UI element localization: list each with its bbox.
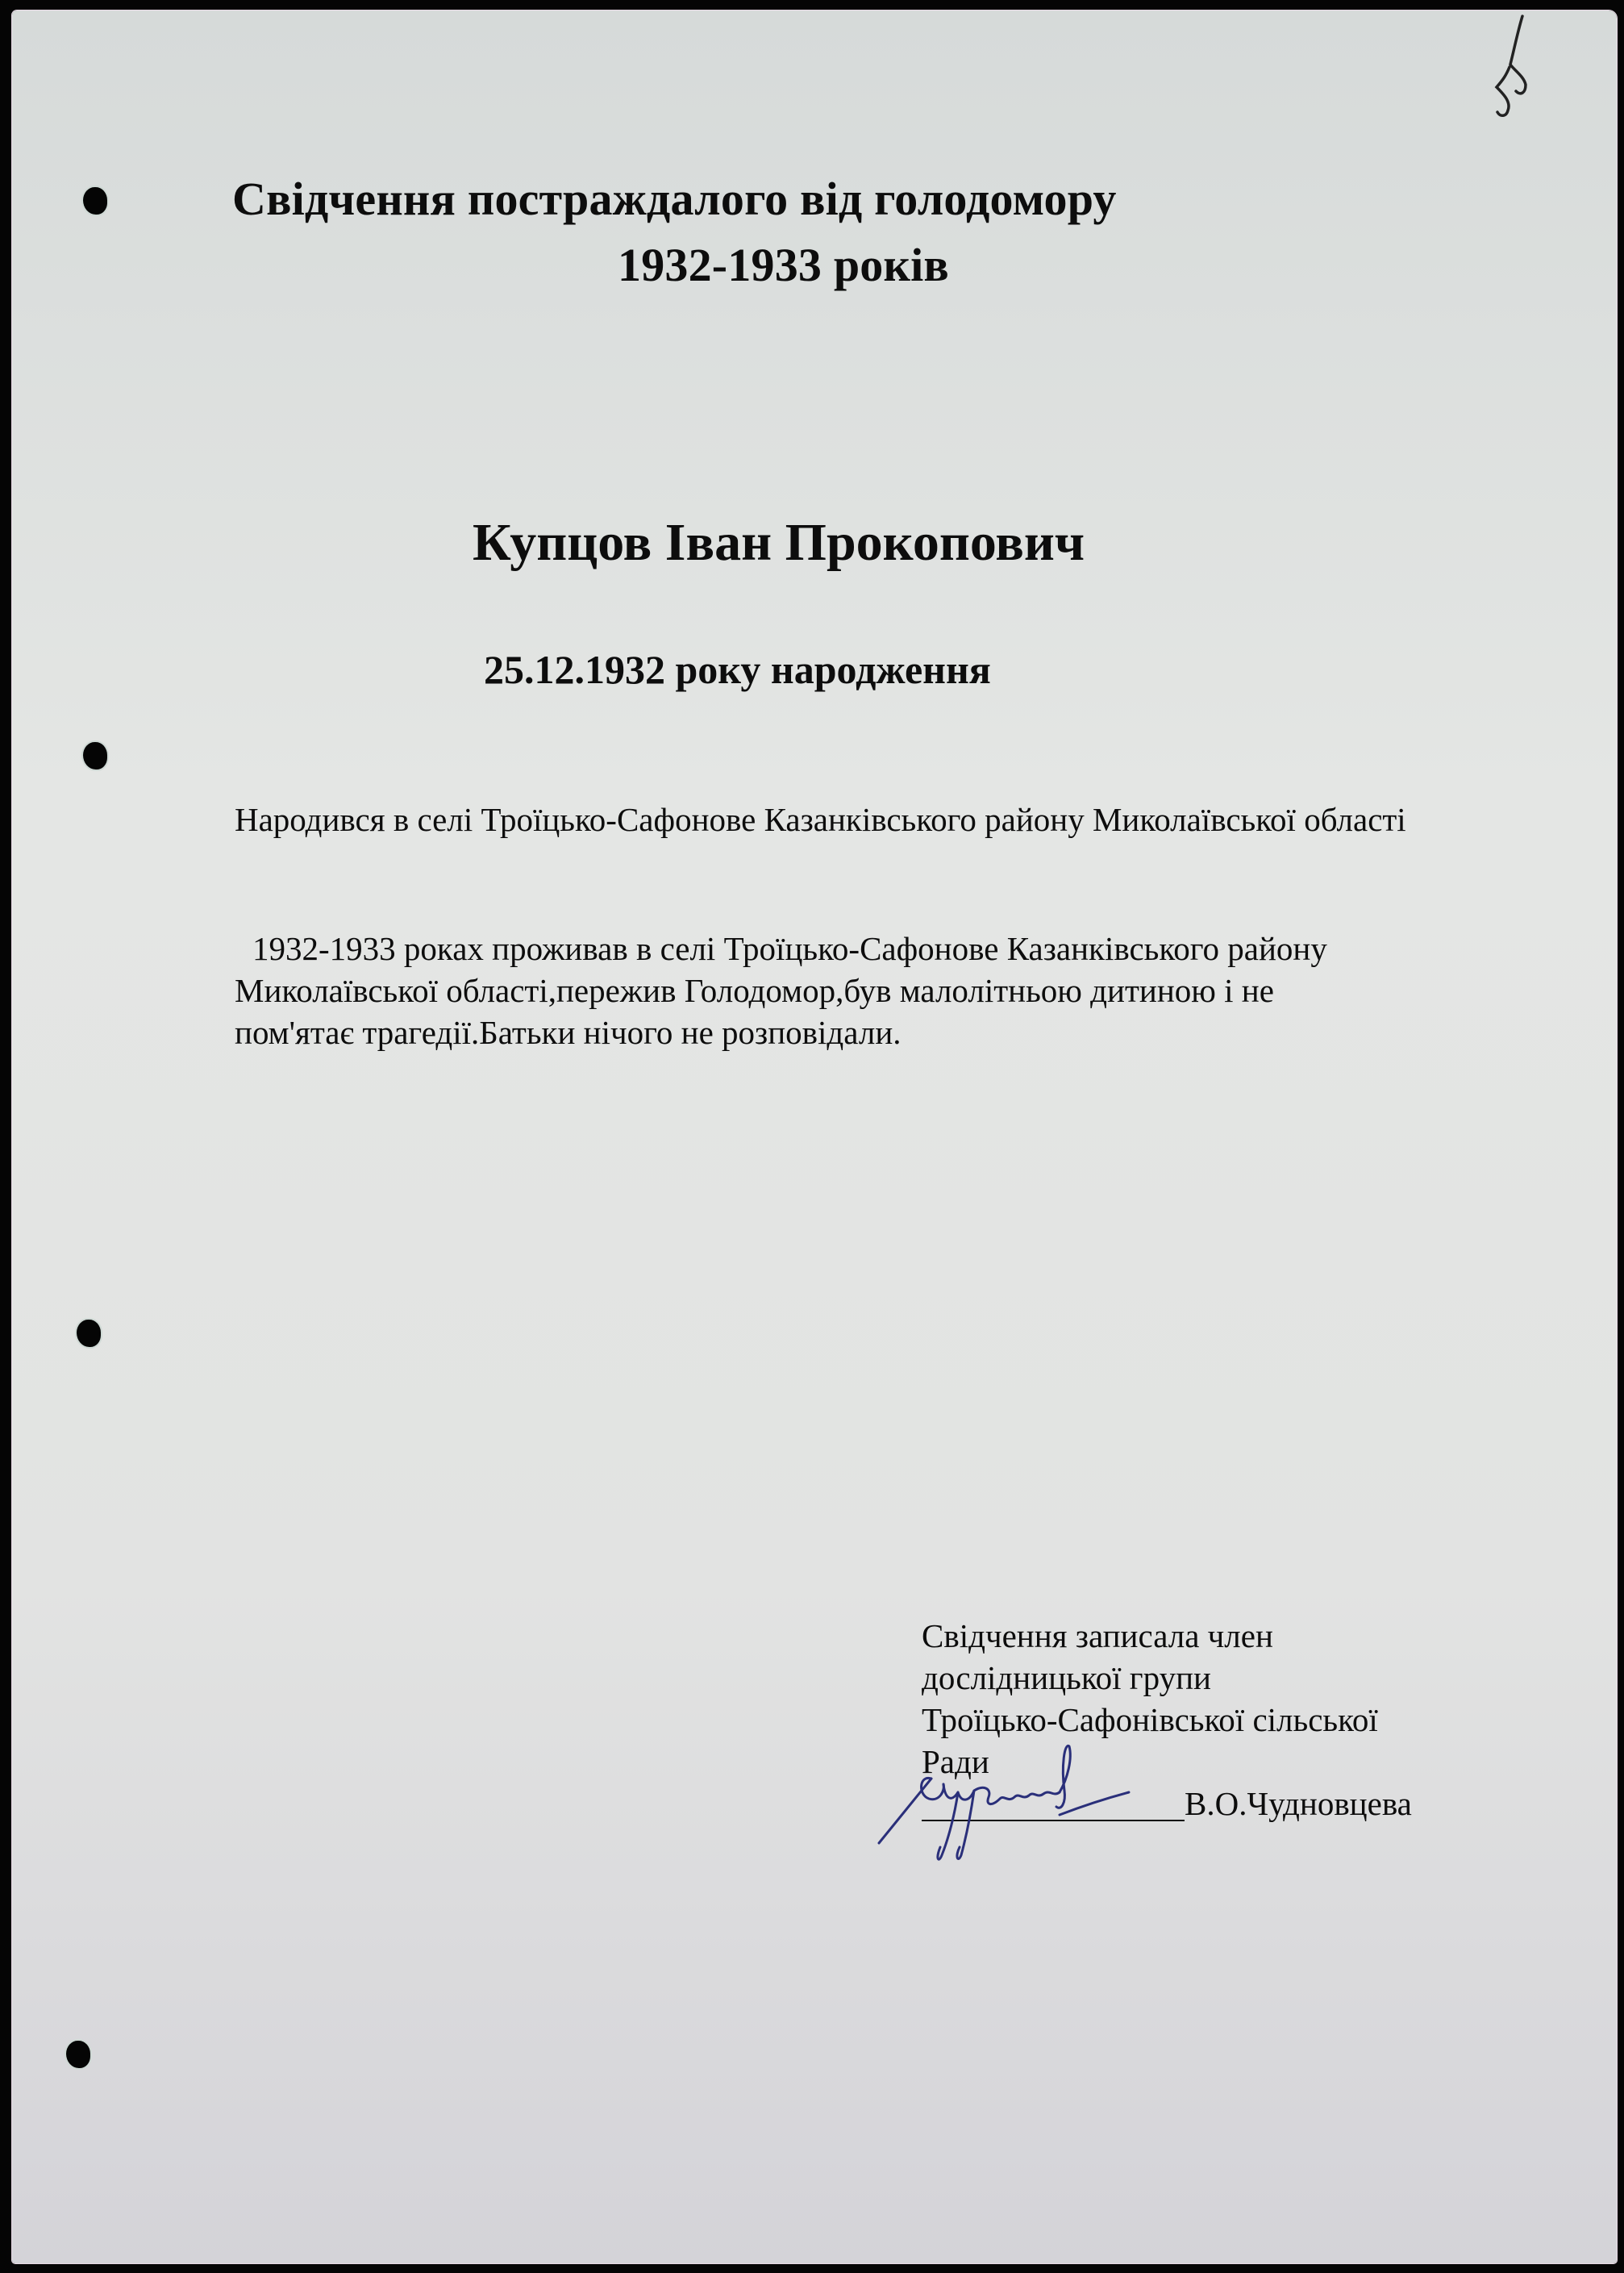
testimony-line: Миколаївської області,пережив Голодомор,… (235, 970, 1493, 1011)
handwritten-signature (871, 1734, 1177, 1879)
testimony-line: 1932-1933 роках проживав в селі Троїцько… (235, 928, 1493, 970)
punch-hole (83, 742, 107, 769)
document-page (12, 10, 1617, 2263)
document-title: Свідчення постраждалого від голодомору (232, 176, 1117, 223)
punch-hole (83, 187, 107, 215)
recorder-line: Свідчення записала член (922, 1615, 1378, 1657)
punch-hole (77, 1320, 101, 1347)
handwritten-page-number (1476, 12, 1548, 125)
person-name: Купцов Іван Прокопович (473, 516, 1085, 569)
birthplace-paragraph: Народився в селі Троїцько-Сафонове Казан… (235, 799, 1493, 840)
testimony-line: пом'ятає трагедії.Батьки нічого не розпо… (235, 1011, 1493, 1053)
testimony-paragraph: 1932-1933 роках проживав в селі Троїцько… (235, 928, 1493, 1053)
document-title-years: 1932-1933 років (618, 242, 949, 289)
recorder-name: В.О.Чудновцева (1185, 1786, 1412, 1821)
birth-date: 25.12.1932 року народження (484, 649, 991, 690)
punch-hole (66, 2041, 90, 2068)
recorder-line: дослідницької групи (922, 1657, 1378, 1699)
